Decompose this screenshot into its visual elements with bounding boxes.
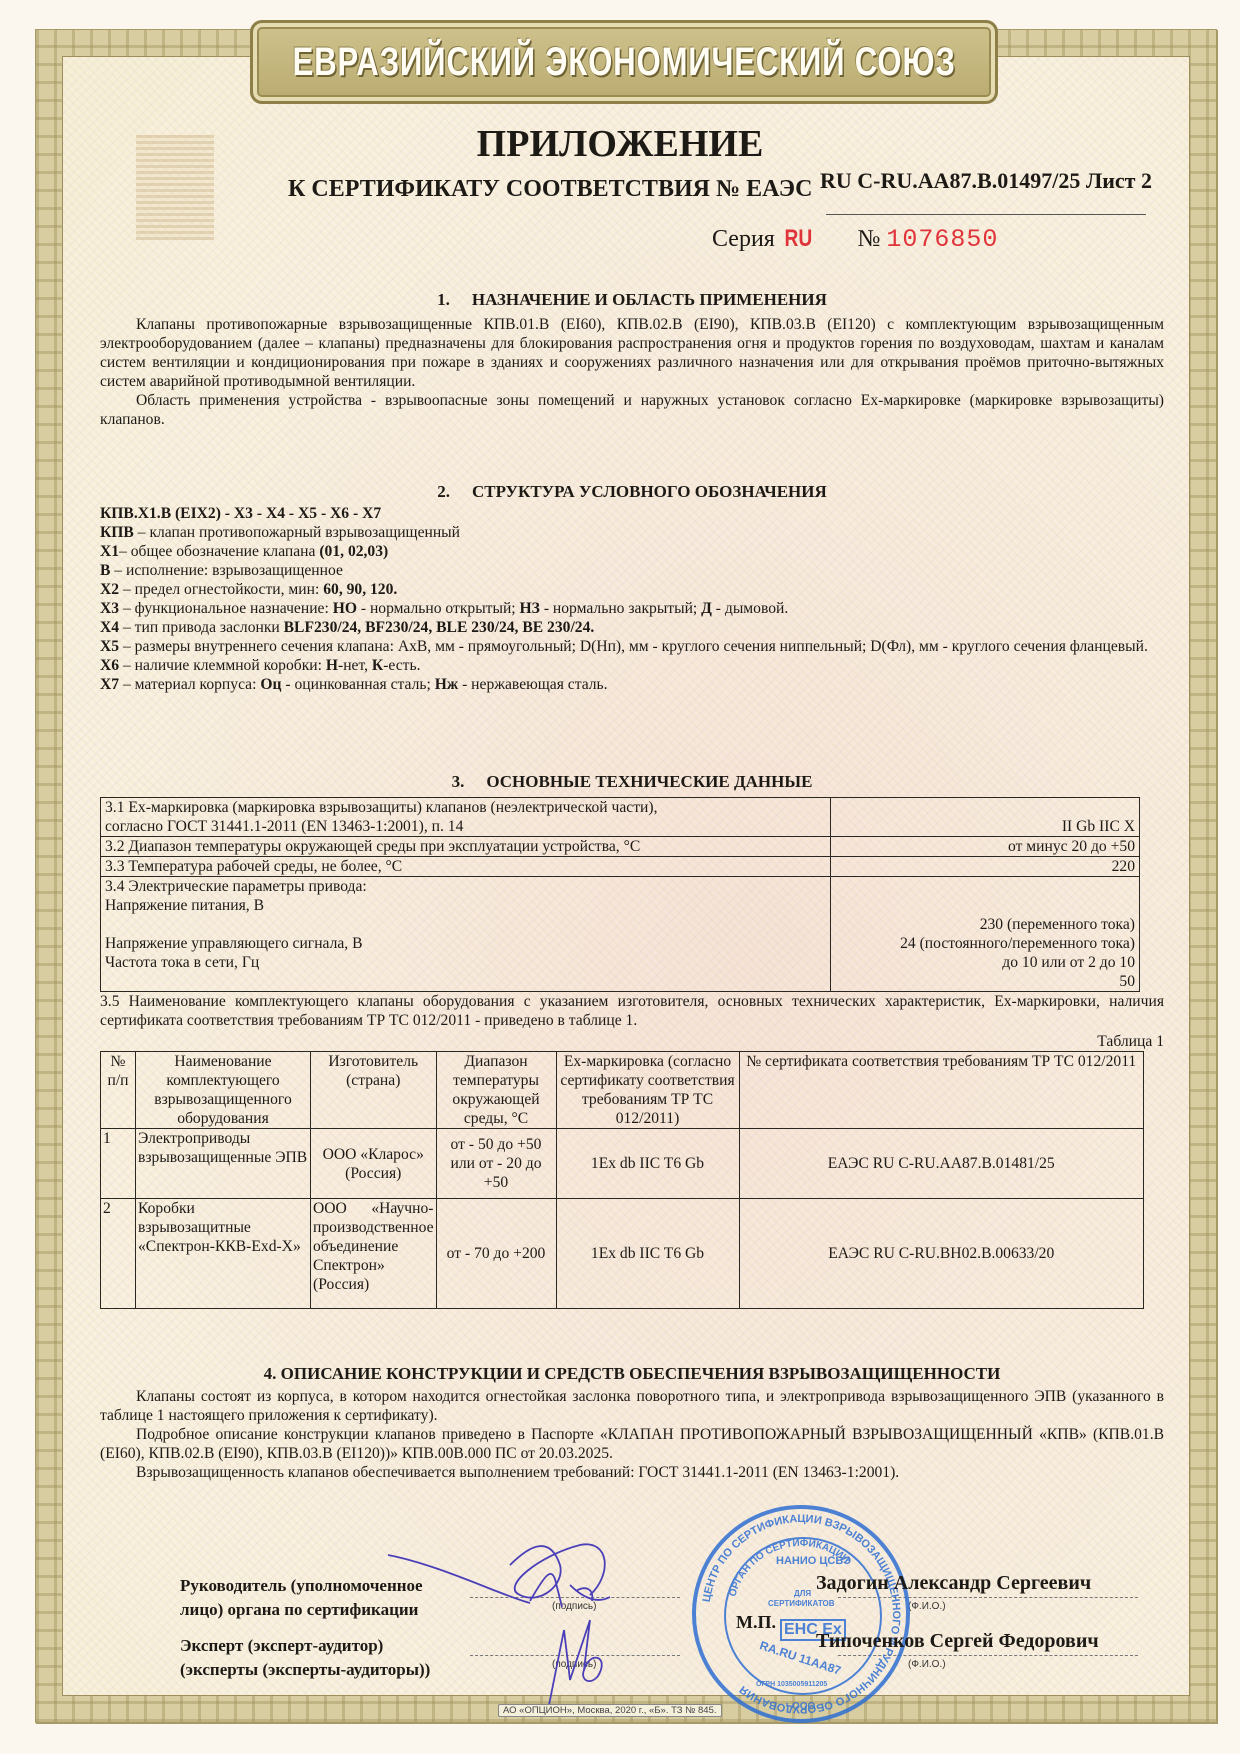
equipment-table: № п/пНаименование комплектующего взрывоз… <box>100 1051 1144 1309</box>
section-3-heading: 3.ОСНОВНЫЕ ТЕХНИЧЕСКИЕ ДАННЫЕ <box>100 772 1164 791</box>
designation-key: В <box>100 562 110 579</box>
tech-param: 3.3 Температура рабочей среды, не более,… <box>101 857 831 877</box>
stamp-ooo: ООО <box>792 1701 815 1712</box>
head-signature-caption: (подпись) <box>552 1601 596 1612</box>
tech-param: 3.4 Электрические параметры привода:Напр… <box>101 877 831 992</box>
designation-text: - дымовой. <box>712 600 788 617</box>
designation-key: Х5 <box>100 638 119 655</box>
section-2: 2.СТРУКТУРА УСЛОВНОГО ОБОЗНАЧЕНИЯ КПВ.Х1… <box>100 482 1164 694</box>
designation-code-value: Оц <box>260 676 281 693</box>
tech-row: 3.1 Ех-маркировка (маркировка взрывозащи… <box>101 798 1140 837</box>
table-header-cell: Ех-маркировка (согласно сертификату соот… <box>556 1052 739 1129</box>
stamp-center-line-2: СЕРТИФИКАТОВ <box>768 1599 835 1608</box>
tech-value-line: от минус 20 до +50 <box>835 837 1135 856</box>
technical-data-table: 3.1 Ех-маркировка (маркировка взрывозащи… <box>100 797 1140 992</box>
table-1-caption: Таблица 1 <box>100 1032 1164 1051</box>
tech-param: 3.1 Ех-маркировка (маркировка взрывозащи… <box>101 798 831 837</box>
stamp-org-name: НАНИО ЦСВЭ <box>776 1555 851 1567</box>
designation-line: Х4 – тип привода заслонки BLF230/24, BF2… <box>100 618 1164 637</box>
designation-key: Х7 <box>100 676 119 693</box>
tech-value: II Gb IIC X <box>831 798 1140 837</box>
table-header-cell: Изготовитель (страна) <box>311 1052 437 1129</box>
table-cell: 1Ex db IIC T6 Gb <box>556 1129 739 1199</box>
certificate-number-underline <box>826 214 1146 215</box>
table-cell: ООО «Научно-производственное объединение… <box>311 1199 437 1309</box>
tech-param-line: 3.2 Диапазон температуры окружающей сред… <box>105 837 826 856</box>
designation-text: - оцинкованная сталь; <box>281 676 434 693</box>
tech-param-line: 3.1 Ех-маркировка (маркировка взрывозащи… <box>105 798 826 817</box>
certificate-label: К СЕРТИФИКАТУ СООТВЕТСТВИЯ № ЕАЭС <box>288 176 812 203</box>
designation-text: – материал корпуса: <box>119 676 260 693</box>
head-name: Задогин Александр Сергеевич <box>816 1572 1091 1595</box>
designation-code-value: К <box>372 657 383 674</box>
tech-value-line: 230 (переменного тока) <box>835 915 1135 934</box>
designation-text: - нержавеющая сталь. <box>458 676 607 693</box>
certification-body-stamp: ЦЕНТР ПО СЕРТИФИКАЦИИ ВЗРЫВОЗАЩИЩЕННОГО … <box>692 1505 910 1723</box>
designation-text: - нормально закрытый; <box>540 600 701 617</box>
designation-text: – наличие клеммной коробки: <box>119 657 326 674</box>
spacer <box>835 896 1135 915</box>
section-4-paragraph-3: Взрывозащищенность клапанов обеспечивает… <box>100 1463 1164 1482</box>
tech-value: 230 (переменного тока)24 (постоянного/пе… <box>831 877 1140 992</box>
designation-line: Х3 – функциональное назначение: НО - нор… <box>100 599 1164 618</box>
tech-row: 3.4 Электрические параметры привода:Напр… <box>101 877 1140 992</box>
expert-signature-caption: (подпись) <box>552 1659 596 1670</box>
head-fio-caption: (Ф.И.О.) <box>908 1601 946 1612</box>
svg-text:ЦЕНТР ПО СЕРТИФИКАЦИИ ВЗРЫВОЗА: ЦЕНТР ПО СЕРТИФИКАЦИИ ВЗРЫВОЗАЩИЩЕННОГО … <box>701 1513 902 1715</box>
stamp-center-line-1: ДЛЯ <box>794 1589 811 1598</box>
printer-imprint: АО «ОПЦИОН», Москва, 2020 г., «Б». ТЗ № … <box>498 1704 722 1717</box>
series-line: Серия RU № 1076850 <box>712 225 998 254</box>
stamp-ring-text: ЦЕНТР ПО СЕРТИФИКАЦИИ ВЗРЫВОЗАЩИЩЕННОГО … <box>692 1505 910 1723</box>
table-cell: Коробки взрывозащитные «Спектрон-ККВ-Exd… <box>136 1199 311 1309</box>
tech-param-line: Частота тока в сети, Гц <box>105 953 826 972</box>
banner-text: ЕВРАЗИЙСКИЙ ЭКОНОМИЧЕСКИЙ СОЮЗ <box>292 40 955 85</box>
designation-text: - нормально открытый; <box>357 600 520 617</box>
designation-line: Х7 – материал корпуса: Оц - оцинкованная… <box>100 675 1164 694</box>
table-cell: от - 70 до +200 <box>436 1199 556 1309</box>
table-header-cell: Диапазон температуры окружающей среды, °… <box>436 1052 556 1129</box>
section-3: 3.ОСНОВНЫЕ ТЕХНИЧЕСКИЕ ДАННЫЕ 3.1 Ех-мар… <box>100 772 1164 1309</box>
designation-text: -нет, <box>338 657 372 674</box>
table-cell: ЕАЭС RU C-RU.AA87.B.01481/25 <box>739 1129 1144 1199</box>
designation-code-value: Д <box>701 600 712 617</box>
stamp-place-label: М.П. <box>736 1612 776 1633</box>
table-row: 1Электроприводы взрывозащищенные ЭПВООО … <box>101 1129 1144 1199</box>
tech-param-line: Напряжение питания, В <box>105 896 826 915</box>
designation-legend: КПВ – клапан противопожарный взрывозащищ… <box>100 523 1164 694</box>
designation-key: Х1 <box>100 543 119 560</box>
designation-text: – общее обозначение клапана <box>119 543 319 560</box>
table-cell: 1 <box>101 1129 136 1199</box>
designation-line: В – исполнение: взрывозащищенное <box>100 561 1164 580</box>
expert-label-line-2: (эксперты (эксперты-аудиторы)) <box>180 1660 430 1680</box>
tech-param: 3.2 Диапазон температуры окружающей сред… <box>101 837 831 857</box>
section-1-heading: 1.НАЗНАЧЕНИЕ И ОБЛАСТЬ ПРИМЕНЕНИЯ <box>100 290 1164 309</box>
table-cell: ЕАЭС RU C-RU.BH02.B.00633/20 <box>739 1199 1144 1309</box>
designation-code: КПВ.Х1.В (EIX2) - Х3 - Х4 - Х5 - Х6 - Х7 <box>100 504 1164 523</box>
tech-value-line: II Gb IIC X <box>835 817 1135 836</box>
designation-text: – тип привода заслонки <box>119 619 284 636</box>
tech-param-line: согласно ГОСТ 31441.1-2011 (EN 13463-1:2… <box>105 817 826 836</box>
expert-signature-line <box>470 1655 680 1656</box>
blank-number: 1076850 <box>886 225 998 254</box>
table-row: 2Коробки взрывозащитные «Спектрон-ККВ-Ex… <box>101 1199 1144 1309</box>
section-4-paragraph-1: Клапаны состоят из корпуса, в котором на… <box>100 1387 1164 1425</box>
table-header-cell: № сертификата соответствия требованиям Т… <box>739 1052 1144 1129</box>
certificate-number: RU C-RU.AA87.B.01497/25 Лист 2 <box>820 168 1152 194</box>
designation-line: Х1– общее обозначение клапана (01, 02,03… <box>100 542 1164 561</box>
designation-line: Х6 – наличие клеммной коробки: Н-нет, К-… <box>100 656 1164 675</box>
designation-key: Х6 <box>100 657 119 674</box>
header-banner: ЕВРАЗИЙСКИЙ ЭКОНОМИЧЕСКИЙ СОЮЗ <box>250 20 998 104</box>
section-4-paragraph-2: Подробное описание конструкции клапанов … <box>100 1425 1164 1463</box>
designation-text: – клапан противопожарный взрывозащищенны… <box>134 524 460 541</box>
page-title: ПРИЛОЖЕНИЕ <box>0 122 1240 166</box>
series-value: RU <box>784 225 812 253</box>
table-cell: Электроприводы взрывозащищенные ЭПВ <box>136 1129 311 1199</box>
designation-code-value: НО <box>333 600 357 617</box>
head-label-line-2: лицо) органа по сертификации <box>180 1600 418 1620</box>
designation-text: – функциональное назначение: <box>119 600 333 617</box>
designation-text: – исполнение: взрывозащищенное <box>110 562 343 579</box>
tech-param-line: 3.4 Электрические параметры привода: <box>105 877 826 896</box>
table-header-cell: Наименование комплектующего взрывозащище… <box>136 1052 311 1129</box>
designation-code-value: НЗ <box>520 600 540 617</box>
tech-param-line <box>105 915 826 934</box>
section-2-heading: 2.СТРУКТУРА УСЛОВНОГО ОБОЗНАЧЕНИЯ <box>100 482 1164 501</box>
designation-line: КПВ – клапан противопожарный взрывозащищ… <box>100 523 1164 542</box>
section-4: 4. ОПИСАНИЕ КОНСТРУКЦИИ И СРЕДСТВ ОБЕСПЕ… <box>100 1364 1164 1482</box>
table-header-cell: № п/п <box>101 1052 136 1129</box>
designation-line: Х2 – предел огнестойкости, мин: 60, 90, … <box>100 580 1164 599</box>
tech-value: 220 <box>831 857 1140 877</box>
head-signature-line <box>470 1597 680 1598</box>
designation-code-value: Нж <box>435 676 458 693</box>
table-cell: 2 <box>101 1199 136 1309</box>
number-label: № <box>858 226 881 252</box>
section-1-paragraph-2: Область применения устройства - взрывооп… <box>100 391 1164 429</box>
table-cell: 1Ex db IIC T6 Gb <box>556 1199 739 1309</box>
tech-value-line: 50 <box>835 972 1135 991</box>
tech-param-line: Напряжение управляющего сигнала, В <box>105 934 826 953</box>
head-label-line-1: Руководитель (уполномоченное <box>180 1576 423 1596</box>
designation-values: (01, 02,03) <box>319 543 388 560</box>
section-1: 1.НАЗНАЧЕНИЕ И ОБЛАСТЬ ПРИМЕНЕНИЯ Клапан… <box>100 290 1164 429</box>
designation-line: Х5 – размеры внутреннего сечения клапана… <box>100 637 1164 656</box>
designation-values: BLF230/24, BF230/24, BLE 230/24, BE 230/… <box>284 619 595 636</box>
designation-values: 60, 90, 120. <box>323 581 397 598</box>
tech-value: от минус 20 до +50 <box>831 837 1140 857</box>
table-cell: ООО «Кларос» (Россия) <box>311 1129 437 1199</box>
designation-key: Х2 <box>100 581 119 598</box>
designation-key: КПВ <box>100 524 134 541</box>
expert-name: Типоченков Сергей Федорович <box>816 1630 1099 1653</box>
designation-text: -есть. <box>383 657 420 674</box>
tech-value-line: до 10 или от 2 до 10 <box>835 953 1135 972</box>
table-cell: от - 50 до +50 или от - 20 до +50 <box>436 1129 556 1199</box>
tech-value-line: 220 <box>835 857 1135 876</box>
section-4-heading: 4. ОПИСАНИЕ КОНСТРУКЦИИ И СРЕДСТВ ОБЕСПЕ… <box>100 1364 1164 1383</box>
designation-text: – размеры внутреннего сечения клапана: А… <box>119 638 1148 655</box>
series-label: Серия <box>712 226 775 252</box>
designation-code-value: Н <box>326 657 338 674</box>
tech-row: 3.2 Диапазон температуры окружающей сред… <box>101 837 1140 857</box>
section-1-paragraph-1: Клапаны противопожарные взрывозащищенные… <box>100 315 1164 391</box>
tech-value-line: 24 (постоянного/переменного тока) <box>835 934 1135 953</box>
tech-param-line: 3.3 Температура рабочей среды, не более,… <box>105 857 826 876</box>
designation-key: Х4 <box>100 619 119 636</box>
designation-text: – предел огнестойкости, мин: <box>119 581 323 598</box>
expert-fio-caption: (Ф.И.О.) <box>908 1659 946 1670</box>
tech-row: 3.3 Температура рабочей среды, не более,… <box>101 857 1140 877</box>
expert-label-line-1: Эксперт (эксперт-аудитор) <box>180 1636 383 1656</box>
section-3-note: 3.5 Наименование комплектующего клапаны … <box>100 992 1164 1030</box>
designation-key: Х3 <box>100 600 119 617</box>
stamp-ogrn: ОГРН 1035005911205 <box>756 1681 827 1688</box>
spacer <box>835 877 1135 896</box>
